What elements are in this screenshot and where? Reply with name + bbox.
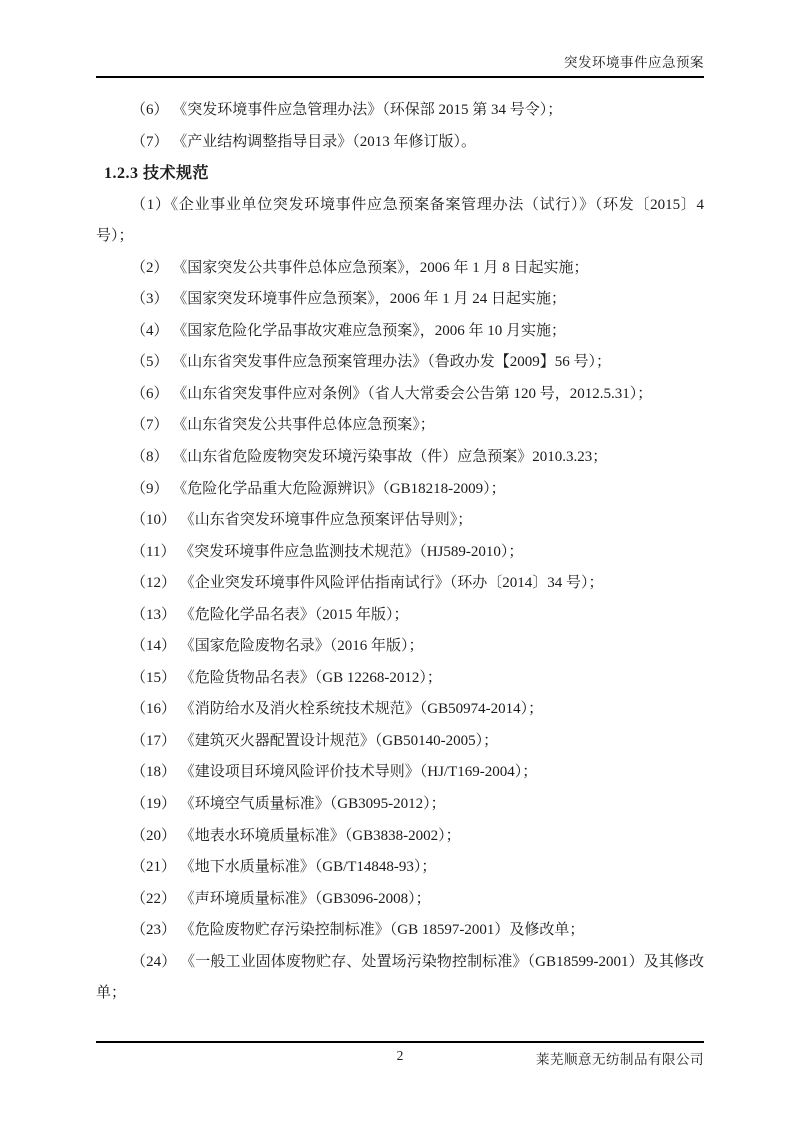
reference-item: （15） 《危险货物品名表》（GB 12268-2012）； <box>96 663 704 695</box>
reference-item: （7） 《产业结构调整指导目录》（2013 年修订版）。 <box>96 127 704 159</box>
document-body: （6） 《突发环境事件应急管理办法》（环保部 2015 第 34 号令）；（7）… <box>96 95 704 1010</box>
reference-item: （3） 《国家突发环境事件应急预案》，2006 年 1 月 24 日起实施； <box>96 284 704 316</box>
company-name: 莱芜顺意无纺制品有限公司 <box>536 1048 704 1068</box>
document-page: 突发环境事件应急预案 （6） 《突发环境事件应急管理办法》（环保部 2015 第… <box>0 0 800 1131</box>
reference-item: （6） 《山东省突发事件应对条例》（省人大常委会公告第 120 号，2012.5… <box>96 379 704 411</box>
reference-item: （2） 《国家突发公共事件总体应急预案》，2006 年 1 月 8 日起实施； <box>96 253 704 285</box>
reference-item: （23） 《危险废物贮存污染控制标准》（GB 18597-2001）及修改单； <box>96 915 704 947</box>
lead-item-list: （6） 《突发环境事件应急管理办法》（环保部 2015 第 34 号令）；（7）… <box>96 95 704 158</box>
reference-item: （1）《企业事业单位突发环境事件应急预案备案管理办法（试行）》（环发〔2015〕… <box>96 190 704 253</box>
reference-item: （19） 《环境空气质量标准》（GB3095-2012）； <box>96 789 704 821</box>
reference-item: （11） 《突发环境事件应急监测技术规范》（HJ589-2010）； <box>96 537 704 569</box>
reference-item: （4） 《国家危险化学品事故灾难应急预案》，2006 年 10 月实施； <box>96 316 704 348</box>
reference-item: （17） 《建筑灭火器配置设计规范》（GB50140-2005）； <box>96 726 704 758</box>
header-title: 突发环境事件应急预案 <box>564 55 704 70</box>
reference-item-list: （1）《企业事业单位突发环境事件应急预案备案管理办法（试行）》（环发〔2015〕… <box>96 190 704 1010</box>
reference-item: （16） 《消防给水及消火栓系统技术规范》（GB50974-2014）； <box>96 694 704 726</box>
reference-item: （21） 《地下水质量标准》（GB/T14848-93）； <box>96 852 704 884</box>
reference-item: （24） 《一般工业固体废物贮存、处置场污染物控制标准》（GB18599-200… <box>96 947 704 1010</box>
reference-item: （9） 《危险化学品重大危险源辨识》（GB18218-2009）； <box>96 474 704 506</box>
reference-item: （12） 《企业突发环境事件风险评估指南试行》（环办〔2014〕34 号）； <box>96 568 704 600</box>
reference-item: （20） 《地表水环境质量标准》（GB3838-2002）； <box>96 821 704 853</box>
section-heading: 1.2.3 技术规范 <box>96 158 704 190</box>
reference-item: （10） 《山东省突发环境事件应急预案评估导则》； <box>96 505 704 537</box>
reference-item: （6） 《突发环境事件应急管理办法》（环保部 2015 第 34 号令）； <box>96 95 704 127</box>
reference-item: （5） 《山东省突发事件应急预案管理办法》（鲁政办发【2009】56 号）； <box>96 347 704 379</box>
page-header: 突发环境事件应急预案 <box>96 51 704 78</box>
reference-item: （13） 《危险化学品名表》（2015 年版）； <box>96 600 704 632</box>
reference-item: （22） 《声环境质量标准》（GB3096-2008）； <box>96 884 704 916</box>
reference-item: （18） 《建设项目环境风险评价技术导则》（HJ/T169-2004）； <box>96 757 704 789</box>
reference-item: （8） 《山东省危险废物突发环境污染事故（件）应急预案》2010.3.23； <box>96 442 704 474</box>
reference-item: （14） 《国家危险废物名录》（2016 年版）； <box>96 631 704 663</box>
page-footer: 2 莱芜顺意无纺制品有限公司 <box>96 1041 704 1066</box>
reference-item: （7） 《山东省突发公共事件总体应急预案》； <box>96 410 704 442</box>
